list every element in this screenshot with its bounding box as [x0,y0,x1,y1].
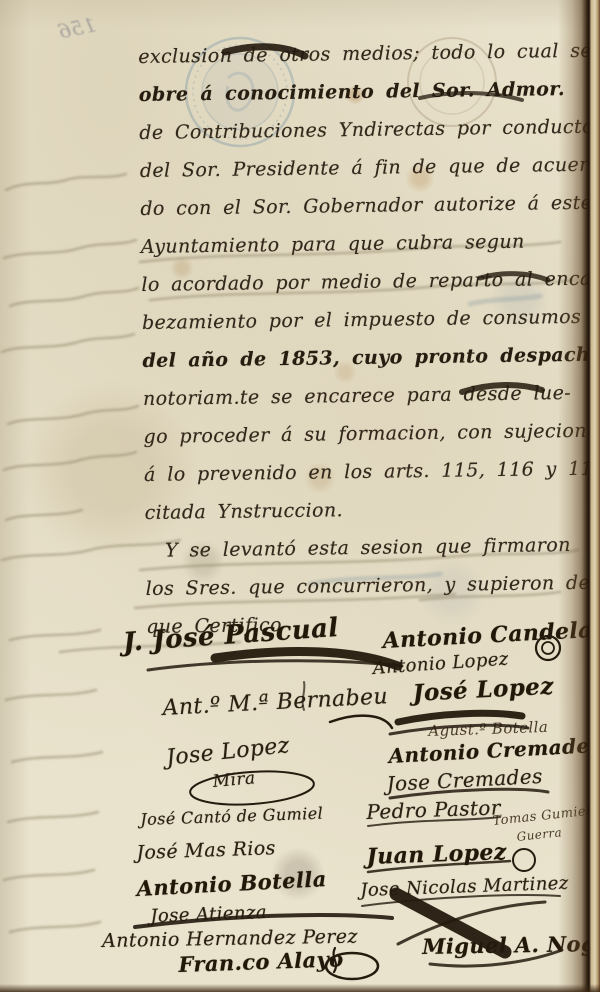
ghost-stroke [10,922,100,932]
manuscript-line: notoriam.te se encarece para desde lue- [143,374,595,418]
page-bottom-edge [0,984,600,992]
manuscript-line: citada Ynstruccion. [144,488,596,532]
signature: Fran.co Alayo [178,946,344,977]
ghost-stroke [4,452,136,470]
signature: Antonio Botella [136,866,327,901]
manuscript-line: do con el Sor. Gobernador autorize á est… [140,184,592,228]
ghost-stroke [6,690,96,700]
book-gutter-shadow [558,0,600,992]
signature: Ant.º M.ª Bernabeu [162,684,389,721]
ghost-stroke [10,630,100,640]
juan-lopez-rubric-loop [513,849,535,871]
signature: Jose Atienza [150,902,267,927]
pascual-rubric [215,651,398,666]
manuscript-line: lo acordado por medio de reparto al enca… [141,260,593,304]
signature: José Cantó de Gumiel [140,804,323,829]
signature: Jose Cremades [386,764,543,796]
manuscript-line: obre á conocimiento del Sor. Admor. [139,70,591,114]
ghost-folio-number: 156 [56,12,98,43]
ghost-stroke [4,240,136,258]
manuscript-line: bezamiento por el impuesto de consumos [142,298,594,342]
bernabeu-rubric [330,716,392,728]
signature: Pedro Pastor [366,795,501,824]
manuscript-line: exclusion de otros medios; todo lo cual … [138,32,590,76]
signature: José Lopez [412,673,554,707]
ghost-stroke [8,812,98,822]
manuscript-line: Ayuntamiento para que cubra segun [141,222,593,266]
manuscript-line: los Sres. que concurrieron, y supieron d… [145,564,597,608]
signature: Juan Lopez [366,839,507,870]
ghost-stroke [6,174,126,190]
manuscript-page: 156 exclusion de otros medios; todo lo c… [0,0,600,992]
signature: Jose Lopez [165,733,291,771]
ghost-stroke [8,406,138,424]
manuscript-line: del año de 1853, cuyo pronto despacho se [142,336,594,380]
ghost-stroke [12,752,102,762]
signature: Jose Nicolas Martinez [360,873,569,901]
ghost-stroke [4,870,94,880]
manuscript-line: de Contribuciones Yndirectas por conduct… [139,108,591,152]
signature-rubric-name: Guerra [516,825,563,844]
manuscript-line: del Sor. Presidente á fin de que de acue… [140,146,592,190]
signature-rubric-name: Mira [212,768,256,792]
pascual-rubric-tail [148,661,402,670]
signature: José Mas Rios [136,837,276,864]
manuscript-body: exclusion de otros medios; todo lo cual … [138,32,598,646]
manuscript-line: á lo prevenido en los arts. 115, 116 y 1… [144,450,596,494]
ghost-stroke [2,334,134,352]
manuscript-line: go proceder á su formacion, con sujecion [143,412,595,456]
manuscript-line: Y se levantó esta sesion que firmaron [145,526,597,570]
ghost-stroke [10,288,138,306]
ghost-stroke [6,510,82,520]
